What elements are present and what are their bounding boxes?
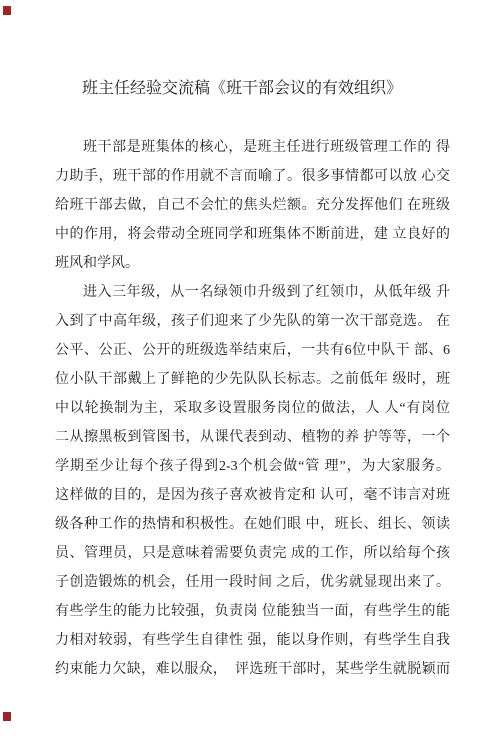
text-line: 公平、公正、公开的班级选举结束后，一共有6位中队干 部、6 [55, 336, 450, 365]
red-corner-mark-top [3, 6, 11, 15]
text-line: 级各种工作的热情和积极性。在她们眼 中，班长、组长、领读 [55, 510, 450, 539]
text-line: 这样做的目的，是因为孩子喜欢被肯定和 认可，毫不讳言对班 [55, 481, 450, 510]
document-title: 班主任经验交流稿《班干部会议的有效组织》 [0, 0, 500, 100]
text-line: 班干部是班集体的核心，是班主任进行班级管理工作的 得 [55, 133, 450, 162]
text-line: 力助手，班干部的作用就不言而喻了。很多事情都可以放 心交 [55, 162, 450, 191]
text-line: 中的作用，将会带动全班同学和班集体不断前进，建 立良好的 [55, 220, 450, 249]
text-line: 力相对较弱，有些学生自律性 强，能以身作则，有些学生自我 [55, 626, 450, 655]
text-line: 进入三年级，从一名绿领巾升级到了红领巾，从低年级 升 [55, 278, 450, 307]
text-line: 子创造锻炼的机会，任用一段时间 之后，优劣就显现出来了。 [55, 568, 450, 597]
text-line: 有些学生的能力比较强，负责岗 位能独当一面，有些学生的能 [55, 597, 450, 626]
text-line: 位小队干部戴上了鲜艳的少先队队长标志。之前低年 级时，班 [55, 365, 450, 394]
text-line: 中以轮换制为主，采取多设置服务岗位的做法，人 人“有岗位 [55, 394, 450, 423]
text-line: 学期至少让每个孩子得到2-3个机会做“管 理”，为大家服务。 [55, 452, 450, 481]
red-corner-mark-bottom [3, 712, 11, 721]
text-line: 二从擦黑板到管图书，从课代表到动、植物的养 护等等，一个 [55, 423, 450, 452]
text-line: 约束能力欠缺，难以服众， 评选班干部时，某些学生就脱颖而 [55, 655, 450, 684]
text-line: 班风和学风。 [55, 249, 450, 278]
document-body: 班干部是班集体的核心，是班主任进行班级管理工作的 得 力助手，班干部的作用就不言… [55, 133, 450, 684]
text-line: 员、管理员，只是意味着需要负责完 成的工作，所以给每个孩 [55, 539, 450, 568]
text-line: 入到了中高年级，孩子们迎来了少先队的第一次干部竞选。 在 [55, 307, 450, 336]
document-page: 班主任经验交流稿《班干部会议的有效组织》 班干部是班集体的核心，是班主任进行班级… [0, 0, 500, 739]
text-line: 给班干部去做，自己不会忙的焦头烂额。充分发挥他们 在班级 [55, 191, 450, 220]
